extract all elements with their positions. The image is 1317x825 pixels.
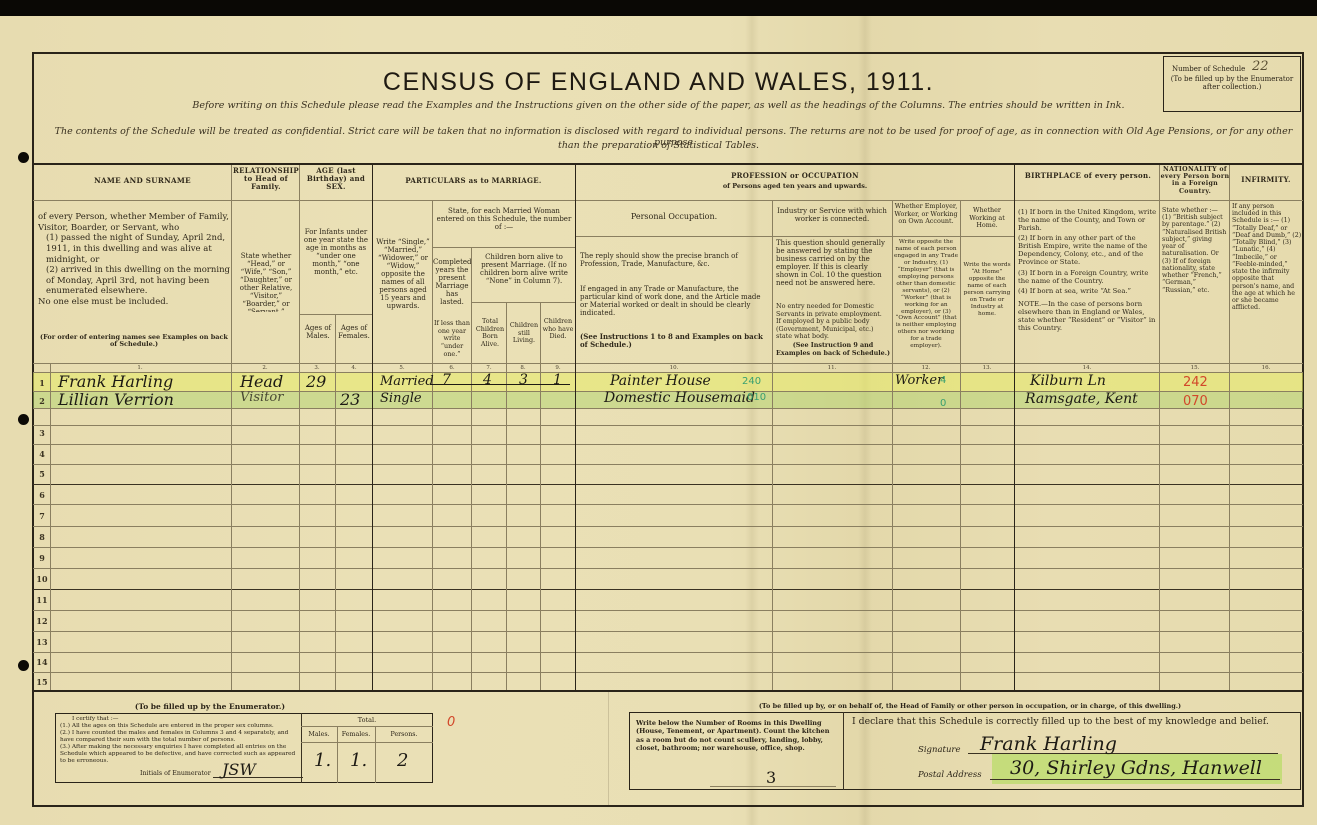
divider (471, 302, 575, 303)
row-1-children-total[interactable]: 4 (483, 372, 492, 388)
at-home-desc: Write the words “At Home” opposite the n… (962, 262, 1012, 342)
initials-value[interactable]: JSW (222, 760, 256, 779)
column-number: 13. (977, 365, 997, 371)
schedule-number-note: (To be filled up by the Enumerator after… (1164, 75, 1300, 91)
row-number: 7 (34, 511, 50, 521)
column-number: 8. (513, 365, 533, 371)
at-home-heading: Whether Working at Home. (961, 207, 1013, 237)
column-number: 14. (1077, 365, 1097, 371)
column-number: 10. (664, 365, 684, 371)
certify-label: I certify that :— (60, 716, 300, 723)
divider (506, 302, 507, 690)
rooms-value[interactable]: 3 (766, 768, 776, 787)
column-number: 2. (255, 365, 275, 371)
divider (299, 165, 300, 690)
industry-desc-1: This question should generally be answer… (776, 239, 890, 301)
divider (772, 236, 1014, 237)
marriage-condition-desc: Write “Single,” “Married,” “Widower,” or… (374, 238, 432, 328)
divider (1014, 165, 1015, 690)
divider (33, 163, 1303, 165)
row-1-years-married[interactable]: 7 (442, 372, 451, 388)
ages-males-heading: Ages of Males. (300, 324, 336, 354)
certify-item-2: (2.) I have counted the males and female… (60, 730, 300, 744)
divider (433, 247, 575, 248)
divider (33, 484, 1303, 485)
row-2-birthplace[interactable]: Ramsgate, Kent (1025, 391, 1138, 407)
personal-occupation-desc-2: If engaged in any Trade or Manufacture, … (580, 285, 770, 321)
divider (1159, 165, 1160, 690)
row-1-relationship[interactable]: Head (240, 372, 283, 391)
rooms-desc: Write below the Number of Rooms in this … (636, 719, 838, 753)
birthplace-heading: BIRTHPLACE of every person. (1016, 172, 1160, 196)
row-2-employer-code: 0 (940, 398, 946, 409)
divider (33, 568, 1303, 569)
row-2-occupation[interactable]: Domestic Housemaid (604, 390, 755, 406)
row-number: 8 (34, 532, 50, 542)
row-2-condition[interactable]: Single (380, 391, 422, 406)
divider (33, 526, 1303, 527)
divider (33, 425, 1303, 426)
schedule-number-value[interactable]: 22 (1252, 59, 1269, 74)
divider (432, 200, 433, 690)
divider (33, 631, 1303, 632)
row-number: 1 (34, 378, 50, 388)
total-label: Total. (301, 716, 433, 724)
row-number: 13 (34, 637, 50, 647)
divider (471, 247, 472, 690)
occupation-subheading: of Persons aged ten years and upwards. (576, 183, 1014, 195)
males-total[interactable]: 1. (314, 750, 331, 771)
divider (33, 464, 1303, 465)
punch-hole (18, 152, 29, 163)
divider (540, 302, 541, 690)
divider (335, 314, 336, 690)
name-heading: NAME AND SURNAME (50, 168, 235, 198)
row-1-name[interactable]: Frank Harling (58, 372, 173, 391)
row-1-employer-code: 4 (940, 375, 946, 386)
row-1-children-living[interactable]: 3 (519, 372, 528, 388)
divider (576, 236, 772, 237)
children-total-heading: Total Children Born Alive. (474, 318, 506, 358)
form-title: CENSUS OF ENGLAND AND WALES, 1911. (0, 68, 1317, 97)
instruction-line: Before writing on this Schedule please r… (40, 100, 1277, 111)
divider (337, 726, 338, 783)
divider (608, 692, 609, 805)
name-desc-4: No one else must be included. (38, 297, 230, 308)
divider (575, 165, 576, 690)
row-number: 10 (34, 574, 50, 584)
row-number: 4 (34, 449, 50, 459)
divider (50, 363, 51, 690)
divider (33, 672, 1303, 673)
years-married-desc: Completed years the present Marriage has… (433, 258, 471, 318)
confidential-line-2: than the preparation of Statistical Tabl… (40, 140, 1277, 151)
row-1-children-died[interactable]: 1 (553, 372, 562, 388)
divider (33, 408, 1303, 409)
married-woman-desc: State, for each Married Woman entered on… (434, 207, 574, 247)
divider (772, 200, 773, 690)
nationality-heading: NATIONALITY of every Person born in a Fo… (1160, 166, 1230, 198)
children-desc: Children born alive to present Marriage.… (474, 253, 574, 299)
row-number: 3 (34, 428, 50, 438)
birthplace-desc-2: (2) If born in any other part of the Bri… (1018, 235, 1158, 266)
column-number: 6. (442, 365, 462, 371)
column-number: 7. (479, 365, 499, 371)
enumerator-heading: (To be filled up by the Enumerator.) (60, 702, 360, 711)
divider (892, 200, 893, 690)
divider (33, 690, 1303, 692)
birthplace-note: NOTE.—In the case of persons born elsewh… (1018, 301, 1158, 332)
row-1-occupation-code: 240 (742, 376, 761, 387)
address-label: Postal Address (918, 770, 982, 780)
children-living-heading: Children still Living. (507, 322, 541, 352)
row-1-birthplace-code: 242 (1183, 375, 1208, 390)
industry-desc-3: If employed by a public body (Government… (776, 318, 890, 340)
birthplace-desc-1: (1) If born in the United Kingdom, write… (1018, 209, 1158, 232)
punch-hole (18, 660, 29, 671)
divider (300, 314, 372, 315)
row-1-condition[interactable]: Married (380, 374, 434, 389)
industry-desc-4: (See Instruction 9 and Examples on back … (776, 342, 890, 360)
column-number: 15. (1185, 365, 1205, 371)
name-desc: of every Person, whether Member of Famil… (38, 212, 230, 312)
signature-value[interactable]: Frank Harling (980, 733, 1117, 755)
row-number: 6 (34, 490, 50, 500)
divider (960, 200, 961, 690)
column-number: 3. (307, 365, 327, 371)
divider (231, 165, 232, 690)
employer-desc: Write opposite the name of each person e… (894, 239, 958, 361)
name-order-note: (For order of entering names see Example… (36, 334, 232, 356)
industry-desc-2: No entry needed for Domestic Servants in… (776, 303, 890, 317)
row-number: 11 (34, 595, 50, 605)
head-section-heading: (To be filled up by, or on behalf of, th… (640, 702, 1300, 710)
row-number: 14 (34, 657, 50, 667)
row-1-employer[interactable]: Worker (895, 373, 943, 388)
age-desc: For Infants under one year state the age… (302, 228, 370, 288)
marriage-heading: PARTICULARS as to MARRIAGE. (372, 177, 575, 197)
punch-hole (18, 414, 29, 425)
row-1-age-male[interactable]: 29 (306, 372, 326, 391)
column-number: 12. (916, 365, 936, 371)
schedule-number-label: Number of Schedule (1164, 65, 1300, 73)
relationship-desc: State whether “Head,” or “Wife,” “Son,” … (236, 252, 296, 312)
signature-label: Signature (918, 745, 961, 755)
divider (301, 726, 433, 727)
ages-females-heading: Ages of Females. (336, 324, 372, 354)
divider (372, 165, 373, 690)
column-number: 4. (344, 365, 364, 371)
row-2-relationship[interactable]: Visitor (240, 390, 283, 405)
birthplace-desc-4: (4) If born at sea, write “At Sea.” (1018, 288, 1158, 296)
certify-item-1: (1.) All the ages on this Schedule are e… (60, 723, 300, 730)
children-died-heading: Children who have Died. (541, 318, 575, 358)
strike-line (430, 384, 570, 385)
rooms-line (710, 786, 836, 787)
divider (33, 444, 1303, 445)
birthplace-desc-3: (3) If born in a Foreign Country, write … (1018, 270, 1158, 286)
column-number: 16. (1256, 365, 1276, 371)
enumerator-red-mark: 0 (447, 715, 455, 730)
name-desc-2: (1) passed the night of Sunday, April 2n… (38, 233, 230, 265)
personal-occupation-desc-1: The reply should show the precise branch… (580, 252, 770, 278)
row-1-birthplace[interactable]: Kilburn Ln (1030, 373, 1106, 389)
age-heading: AGE (last Birthday) and SEX. (300, 167, 372, 199)
divider (375, 726, 376, 783)
row-number: 12 (34, 616, 50, 626)
relationship-heading: RELATIONSHIP to Head of Family. (232, 167, 300, 199)
divider (33, 547, 1303, 548)
address-value[interactable]: 30, Shirley Gdns, Hanwell (1010, 757, 1262, 779)
row-number: 5 (34, 469, 50, 479)
divider (301, 742, 433, 743)
row-1-occupation[interactable]: Painter House (610, 373, 711, 389)
divider (33, 504, 1303, 505)
divider (33, 610, 1303, 611)
name-desc-1: of every Person, whether Member of Famil… (38, 212, 230, 233)
row-2-name[interactable]: Lillian Verrion (58, 390, 174, 409)
females-total[interactable]: 1. (350, 750, 367, 771)
divider (33, 589, 1303, 590)
divider (1229, 165, 1230, 690)
row-2-occupation-code: 010 (747, 392, 766, 403)
females-label: Females. (337, 731, 375, 738)
infirmity-heading: INFIRMITY. (1230, 176, 1302, 196)
schedule-number-box: 22 Number of Schedule (To be filled up b… (1163, 56, 1301, 112)
declaration-text: I declare that this Schedule is correctl… (852, 716, 1292, 727)
infirmity-desc: If any person included in this Schedule … (1232, 203, 1302, 359)
address-line (990, 779, 1280, 780)
divider (843, 712, 844, 790)
name-desc-3: (2) arrived in this dwelling on the morn… (38, 265, 230, 297)
certify-text: I certify that :— (1.) All the ages on t… (60, 716, 300, 765)
column-number: 9. (548, 365, 568, 371)
initials-label: Initials of Enumerator (140, 770, 211, 777)
employer-heading: Whether Employer, Worker, or Working on … (893, 203, 959, 237)
industry-heading: Industry or Service with which worker is… (773, 207, 891, 231)
persons-label: Persons. (375, 731, 433, 738)
males-label: Males. (301, 731, 337, 738)
divider (33, 363, 1303, 364)
column-number: 1. (130, 365, 150, 371)
certify-item-3: (3.) After making the necessary enquirie… (60, 744, 300, 765)
form-frame (32, 52, 1304, 807)
row-number: 9 (34, 553, 50, 563)
row-number: 2 (34, 396, 50, 406)
column-number: 11. (822, 365, 842, 371)
persons-total[interactable]: 2 (397, 750, 408, 771)
personal-occupation-heading: Personal Occupation. (576, 212, 772, 226)
row-2-age-female[interactable]: 23 (340, 390, 360, 409)
column-number: 5. (392, 365, 412, 371)
personal-occupation-desc-3: (See Instructions 1 to 8 and Examples on… (580, 333, 770, 357)
row-number: 15 (34, 677, 50, 687)
years-married-note: If less than one year write “under one.” (433, 320, 471, 360)
row-2-birthplace-code: 070 (1183, 394, 1208, 409)
birthplace-desc: (1) If born in the United Kingdom, write… (1018, 209, 1158, 359)
divider (33, 652, 1303, 653)
nationality-desc: State whether :— (1) “British subject by… (1162, 207, 1228, 357)
divider (576, 200, 1014, 201)
